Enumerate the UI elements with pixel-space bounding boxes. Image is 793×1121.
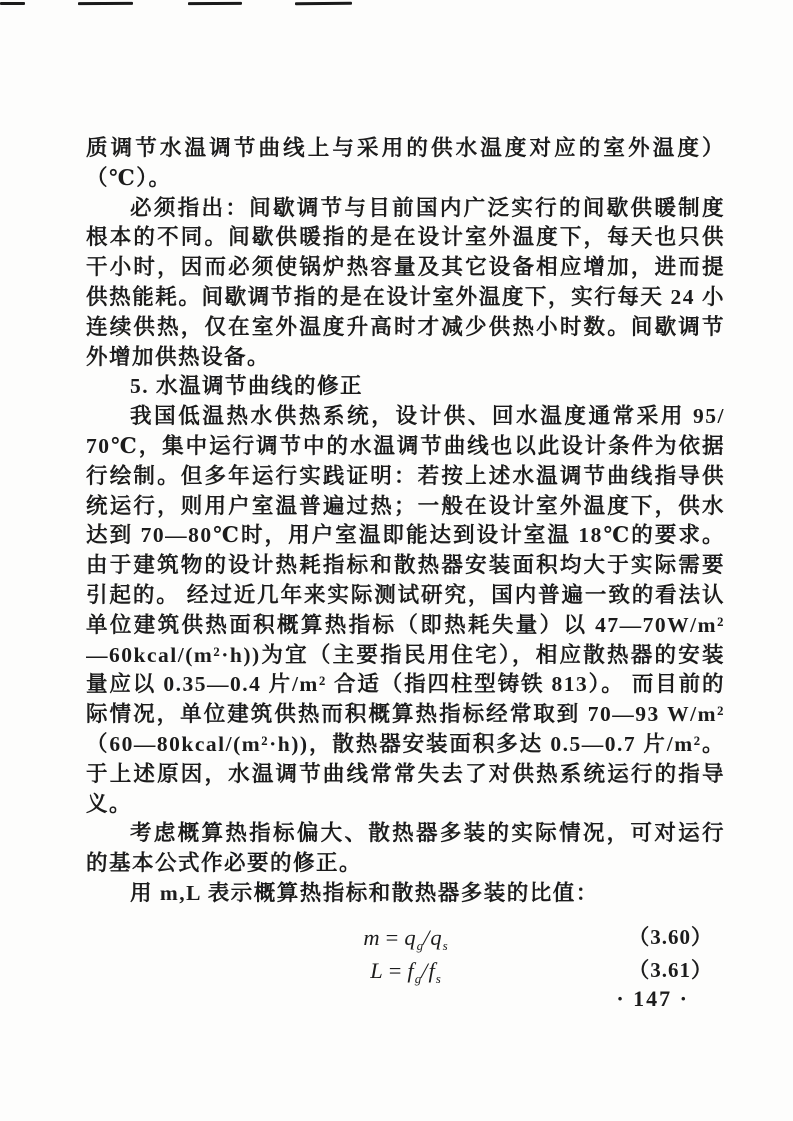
text-line: 用 m,L 表示概算热指标和散热器多装的比值： xyxy=(86,879,725,909)
scanned-book-page: 质调节水温调节曲线上与采用的供水温度对应的室外温度） （℃）。 必须指出：间歇调… xyxy=(0,0,793,1121)
text-line: 义。 xyxy=(86,790,725,820)
equation-number: （3.60） xyxy=(628,921,713,954)
text-line: （60—80kcal/(m²·h))，散热器安装面积多达 0.5—0.7 片/m… xyxy=(86,730,725,760)
text-line: —60kcal/(m²·h))为宜（主要指民用住宅），相应散热器的安装数 xyxy=(86,641,725,671)
text-line: 量应以 0.35—0.4 片/m² 合适（指四柱型铸铁 813）。 而目前的实 xyxy=(86,670,725,700)
text-line: 统运行，则用户室温普遍过热；一般在设计室外温度下，供水温度 xyxy=(86,492,725,522)
equation-body: m=qg/qs xyxy=(363,925,447,950)
text-line: 考虑概算热指标偏大、散热器多装的实际情况，可对运行调节 xyxy=(86,819,725,849)
scan-artifact-mark xyxy=(295,2,352,5)
text-line: 达到 70—80℃时，用户室温即能达到设计室温 18℃的要求。 这是 xyxy=(86,521,725,551)
body-text-block: 质调节水温调节曲线上与采用的供水温度对应的室外温度） （℃）。 必须指出：间歇调… xyxy=(86,134,725,909)
text-line: 连续供热，仅在室外温度升高时才减少供热小时数。间歇调节不额 xyxy=(86,313,725,343)
text-line: 供热能耗。间歇调节指的是在设计室外温度下，实行每天 24 小时 xyxy=(86,283,725,313)
equation-3-60: m=qg/qs （3.60） xyxy=(86,921,725,954)
equation-body: L=fg/fs xyxy=(370,958,441,983)
text-line: 的基本公式作必要的修正。 xyxy=(86,849,725,879)
text-line: 由于建筑物的设计热耗指标和散热器安装面积均大于实际需要而 xyxy=(86,551,725,581)
text-line: 干小时，因而必须使锅炉热容量及其它设备相应增加，进而提高了 xyxy=(86,253,725,283)
equation-number: （3.61） xyxy=(628,954,713,987)
scan-artifact-mark xyxy=(188,2,242,5)
text-line: 根本的不同。间歇供暖指的是在设计室外温度下，每天也只供热若 xyxy=(86,223,725,253)
text-line: （℃）。 xyxy=(86,164,725,194)
scan-artifact-mark xyxy=(0,2,25,5)
text-line: 引起的。 经过近几年来实际测试研究，国内普遍一致的看法认为： xyxy=(86,581,725,611)
text-line: 行绘制。但多年运行实践证明：若按上述水温调节曲线指导供热系 xyxy=(86,462,725,492)
section-heading: 5. 水温调节曲线的修正 xyxy=(86,372,725,402)
text-line: 70℃，集中运行调节中的水温调节曲线也以此设计条件为依据进 xyxy=(86,432,725,462)
text-line: 单位建筑供热面积概算热指标（即热耗失量）以 47—70W/m²（40 xyxy=(86,611,725,641)
text-line: 际情况，单位建筑供热而积概算热指标经常取到 70—93 W/m² xyxy=(86,700,725,730)
text-line: 于上述原因，水温调节曲线常常失去了对供热系统运行的指导意 xyxy=(86,760,725,790)
page-number: · 147 · xyxy=(86,986,725,1012)
text-line: 我国低温热水供热系统，设计供、回水温度通常采用 95/ xyxy=(86,402,725,432)
text-line: 外增加供热设备。 xyxy=(86,343,725,373)
equations-block: m=qg/qs （3.60） L=fg/fs （3.61） xyxy=(86,921,725,987)
equation-3-61: L=fg/fs （3.61） xyxy=(86,954,725,987)
text-line: 质调节水温调节曲线上与采用的供水温度对应的室外温度） xyxy=(86,134,725,164)
text-line: 必须指出：间歇调节与目前国内广泛实行的间歇供暖制度有 xyxy=(86,194,725,224)
scan-artifact-mark xyxy=(78,2,133,5)
